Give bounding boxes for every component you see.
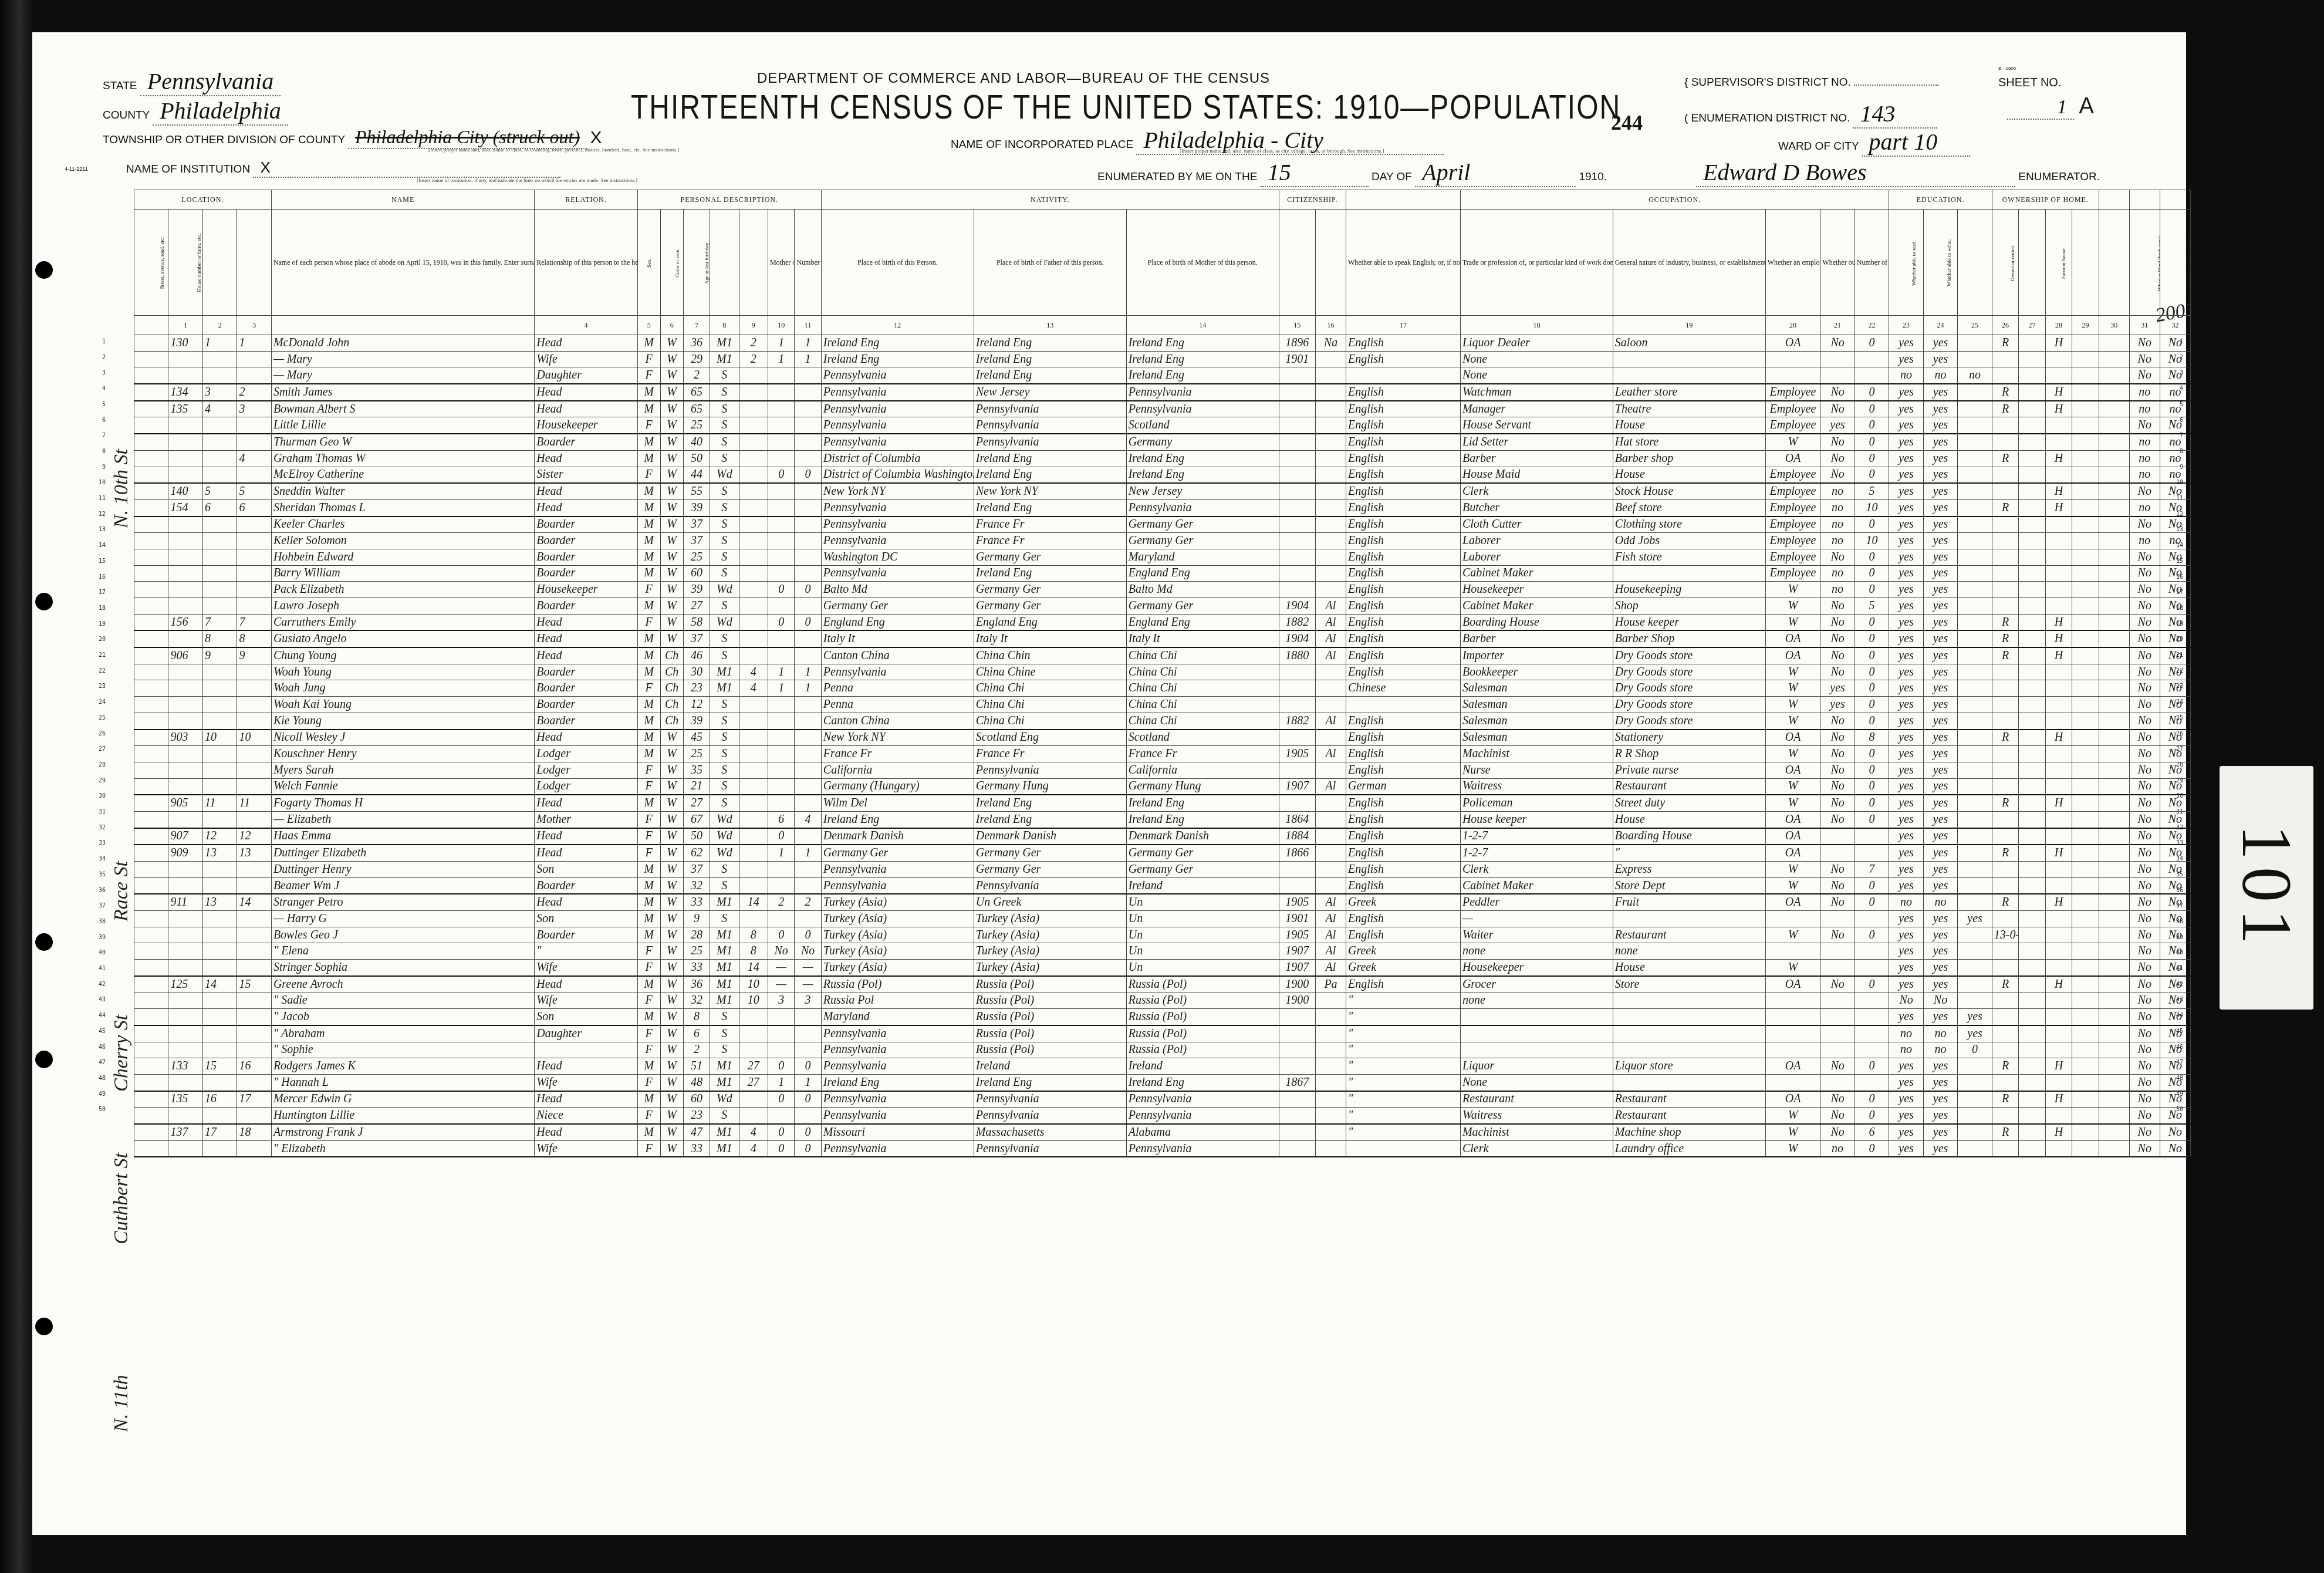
cell-read: yes — [1889, 877, 1923, 894]
cell-sex: F — [637, 467, 660, 483]
margin-line-number: 16 — [88, 574, 106, 580]
line-number — [134, 828, 168, 845]
cell-dwelling — [202, 450, 237, 467]
cell-veteran — [2099, 483, 2129, 499]
enumeration-district-field: ( Enumeration District No. 143 — [1684, 100, 1937, 129]
column-number: 25 — [1958, 316, 1992, 335]
cell-veteran — [2099, 499, 2129, 516]
scan-border — [0, 0, 32, 1573]
cell-immigration — [1279, 450, 1315, 467]
census-row: 14055Sneddin WalterHeadMW55SNew York NYN… — [134, 483, 2191, 499]
cell-name: Thurman Geo W — [271, 434, 534, 450]
cell-write: yes — [1923, 778, 1957, 795]
column-number: 29 — [2072, 316, 2099, 335]
cell-employer: OA — [1765, 811, 1820, 828]
census-row: Pack ElizabethHousekeeperFW39Wd00Balto M… — [134, 582, 2191, 598]
cell-schedule — [2072, 993, 2099, 1009]
column-header: House number or farm, etc. — [168, 210, 202, 316]
cell-trade: Manager — [1460, 401, 1613, 417]
cell-language: English — [1346, 467, 1460, 483]
cell-father-birth: Ireland — [974, 1058, 1126, 1075]
cell-birth: Pennsylvania — [821, 367, 974, 384]
cell-out-of-work: No — [1820, 1108, 1855, 1124]
cell-owned — [1992, 565, 2018, 582]
cell-naturalized: Al — [1316, 598, 1346, 615]
cell-language: English — [1346, 565, 1460, 582]
cell-out-of-work: No — [1820, 549, 1855, 565]
cell-years-married — [739, 582, 768, 598]
cell-farm-house — [2045, 1108, 2072, 1124]
cell-farm-house — [2045, 1042, 2072, 1058]
cell-dwelling — [202, 746, 237, 762]
cell-marital: S — [710, 630, 739, 647]
cell-family — [237, 1025, 271, 1042]
cell-relation: Head — [535, 335, 637, 352]
cell-dwelling: 7 — [202, 614, 237, 630]
cell-sex: M — [637, 630, 660, 647]
census-row: " JacobSonMW8SMarylandRussia (Pol)Russia… — [134, 1009, 2191, 1025]
cell-immigration: 1900 — [1279, 976, 1315, 993]
cell-industry: Express — [1613, 862, 1765, 878]
cell-dwelling: 16 — [202, 1091, 237, 1108]
cell-marital: S — [710, 746, 739, 762]
cell-blind: No — [2129, 598, 2160, 615]
cell-naturalized: Al — [1316, 630, 1346, 647]
cell-mother-birth: Russia (Pol) — [1126, 1042, 1279, 1058]
cell-sex: M — [637, 384, 660, 401]
cell-industry: Liquor store — [1613, 1058, 1765, 1075]
cell-living — [795, 746, 821, 762]
cell-age: 35 — [683, 762, 710, 778]
cell-mortgage — [2019, 746, 2045, 762]
cell-mortgage — [2019, 911, 2045, 927]
cell-house: 137 — [168, 1124, 202, 1140]
cell-out-of-work: No — [1820, 614, 1855, 630]
cell-living — [795, 1009, 821, 1025]
cell-employer: W — [1765, 1140, 1820, 1157]
cell-mother-birth: Un — [1126, 943, 1279, 960]
cell-industry — [1613, 911, 1765, 927]
cell-mother-birth: Germany Ger — [1126, 862, 1279, 878]
cell-immigration: 1905 — [1279, 746, 1315, 762]
cell-write: yes — [1923, 582, 1957, 598]
cell-veteran — [2099, 1025, 2129, 1042]
cell-industry: Shop — [1613, 598, 1765, 615]
census-row: Kie YoungBoarderMCh39SCanton ChinaChina … — [134, 713, 2191, 729]
cell-deaf: no — [2160, 467, 2190, 483]
line-number — [134, 533, 168, 549]
cell-industry: Restaurant — [1613, 1091, 1765, 1108]
cell-birth: Pennsylvania — [821, 1058, 974, 1075]
cell-relation: Lodger — [535, 762, 637, 778]
cell-immigration — [1279, 499, 1315, 516]
census-row: " ElizabethWifeFW33M1400PennsylvaniaPenn… — [134, 1140, 2191, 1157]
cell-dwelling: 17 — [202, 1124, 237, 1140]
cell-living: 0 — [795, 927, 821, 943]
cell-relation: Boarder — [535, 927, 637, 943]
cell-house — [168, 1074, 202, 1091]
cell-mother-birth: Ireland Eng — [1126, 335, 1279, 352]
cell-marital: S — [710, 862, 739, 878]
cell-birth: Pennsylvania — [821, 565, 974, 582]
cell-immigration: 1907 — [1279, 960, 1315, 976]
cell-read: yes — [1889, 467, 1923, 483]
cell-dwelling: 8 — [202, 630, 237, 647]
cell-living — [795, 417, 821, 434]
cell-owned: R — [1992, 795, 2018, 811]
column-number: 9 — [739, 316, 768, 335]
column-group: Ownership of Home. — [1992, 190, 2099, 210]
census-row: 4Graham Thomas WHeadMW50SDistrict of Col… — [134, 450, 2191, 467]
cell-immigration — [1279, 467, 1315, 483]
cell-weeks-out: 0 — [1855, 697, 1889, 713]
cell-school — [1958, 697, 1992, 713]
cell-blind: No — [2129, 811, 2160, 828]
cell-father-birth: Pennsylvania — [974, 1140, 1126, 1157]
cell-language: " — [1346, 1025, 1460, 1042]
cell-language: English — [1346, 630, 1460, 647]
cell-school — [1958, 845, 1992, 861]
cell-born — [768, 911, 794, 927]
cell-naturalized: Al — [1316, 894, 1346, 910]
cell-house — [168, 367, 202, 384]
column-header: Owned free or mortgaged. — [2019, 210, 2045, 316]
cell-race: W — [660, 1025, 683, 1042]
cell-read: yes — [1889, 960, 1923, 976]
cell-language: Greek — [1346, 943, 1460, 960]
column-number: 1 — [168, 316, 202, 335]
cell-industry: Fruit — [1613, 894, 1765, 910]
cell-schedule — [2072, 976, 2099, 993]
cell-industry: " — [1613, 845, 1765, 861]
cell-mortgage — [2019, 351, 2045, 367]
cell-dwelling — [202, 1108, 237, 1124]
cell-trade — [1460, 1009, 1613, 1025]
cell-years-married — [739, 434, 768, 450]
cell-mother-birth: Ireland Eng — [1126, 1074, 1279, 1091]
cell-owned — [1992, 549, 2018, 565]
cell-father-birth: Ireland Eng — [974, 335, 1126, 352]
cell-write: yes — [1923, 927, 1957, 943]
cell-father-birth: Scotland Eng — [974, 730, 1126, 746]
margin-line-number: 33 — [88, 840, 106, 846]
cell-name: Armstrong Frank J — [271, 1124, 534, 1140]
cell-living: 0 — [795, 467, 821, 483]
column-number: 23 — [1889, 316, 1923, 335]
cell-relation: Wife — [535, 1074, 637, 1091]
cell-age: 65 — [683, 401, 710, 417]
cell-trade: Nurse — [1460, 762, 1613, 778]
cell-mortgage — [2019, 1042, 2045, 1058]
cell-house: 130 — [168, 335, 202, 352]
cell-house — [168, 598, 202, 615]
cell-dwelling — [202, 911, 237, 927]
line-number — [134, 434, 168, 450]
line-number — [134, 960, 168, 976]
cell-born — [768, 565, 794, 582]
cell-house: 911 — [168, 894, 202, 910]
cell-family — [237, 680, 271, 697]
cell-birth: Missouri — [821, 1124, 974, 1140]
cell-veteran — [2099, 565, 2129, 582]
cell-language: Greek — [1346, 894, 1460, 910]
cell-age: 33 — [683, 1140, 710, 1157]
cell-trade: Lid Setter — [1460, 434, 1613, 450]
line-number — [134, 1025, 168, 1042]
cell-name: " Elena — [271, 943, 534, 960]
cell-name: — Mary — [271, 367, 534, 384]
sheet-number: 1 A — [2007, 94, 2094, 120]
line-number — [134, 778, 168, 795]
line-number — [134, 1124, 168, 1140]
cell-naturalized — [1316, 499, 1346, 516]
cell-mother-birth: Italy It — [1126, 630, 1279, 647]
cell-employer: W — [1765, 1108, 1820, 1124]
cell-weeks-out — [1855, 1074, 1889, 1091]
cell-blind: No — [2129, 1124, 2160, 1140]
line-number — [134, 713, 168, 729]
cell-years-married — [739, 517, 768, 533]
cell-read: yes — [1889, 565, 1923, 582]
cell-school — [1958, 960, 1992, 976]
cell-deaf: No — [2160, 778, 2190, 795]
cell-language — [1346, 697, 1460, 713]
cell-race: W — [660, 401, 683, 417]
cell-weeks-out: 6 — [1855, 1124, 1889, 1140]
cell-dwelling: 11 — [202, 795, 237, 811]
cell-relation: Head — [535, 614, 637, 630]
cell-owned — [1992, 746, 2018, 762]
cell-veteran — [2099, 828, 2129, 845]
cell-marital: M1 — [710, 1140, 739, 1157]
column-number: 2 — [202, 316, 237, 335]
cell-trade: Housekeeper — [1460, 582, 1613, 598]
cell-farm-house — [2045, 828, 2072, 845]
cell-race: W — [660, 533, 683, 549]
cell-living — [795, 565, 821, 582]
cell-born: 0 — [768, 467, 794, 483]
cell-years-married: 4 — [739, 1124, 768, 1140]
cell-blind: no — [2129, 434, 2160, 450]
cell-house — [168, 1025, 202, 1042]
cell-house: 135 — [168, 401, 202, 417]
cell-industry: Theatre — [1613, 401, 1765, 417]
cell-dwelling — [202, 1042, 237, 1058]
cell-house — [168, 1042, 202, 1058]
cell-years-married — [739, 647, 768, 664]
census-row: Lawro JosephBoarderMW27SGermany GerGerma… — [134, 598, 2191, 615]
township-field: Township or other division of county Phi… — [103, 126, 602, 149]
cell-veteran — [2099, 664, 2129, 680]
cell-born: 1 — [768, 1074, 794, 1091]
cell-schedule — [2072, 795, 2099, 811]
cell-age: 44 — [683, 467, 710, 483]
cell-read: yes — [1889, 828, 1923, 845]
cell-language: English — [1346, 533, 1460, 549]
cell-naturalized: Al — [1316, 960, 1346, 976]
cell-father-birth: Turkey (Asia) — [974, 960, 1126, 976]
census-row: Woah Kai YoungBoarderMCh12SPennaChina Ch… — [134, 697, 2191, 713]
cell-dwelling — [202, 467, 237, 483]
cell-deaf: No — [2160, 483, 2190, 499]
cell-immigration — [1279, 549, 1315, 565]
column-header: Number of farm schedule. — [2072, 210, 2099, 316]
cell-house — [168, 862, 202, 878]
cell-father-birth: New York NY — [974, 483, 1126, 499]
cell-age: 27 — [683, 795, 710, 811]
cell-race: W — [660, 811, 683, 828]
cell-language: German — [1346, 778, 1460, 795]
cell-living: 0 — [795, 1140, 821, 1157]
cell-relation: Lodger — [535, 778, 637, 795]
cell-race: W — [660, 927, 683, 943]
cell-owned: R — [1992, 845, 2018, 861]
cell-veteran — [2099, 795, 2129, 811]
cell-write: yes — [1923, 1108, 1957, 1124]
cell-school — [1958, 1140, 1992, 1157]
cell-farm-house — [2045, 549, 2072, 565]
census-row: 90699Chung YoungHeadMCh46SCanton ChinaCh… — [134, 647, 2191, 664]
cell-blind: No — [2129, 795, 2160, 811]
margin-line-number: 28 — [88, 762, 106, 768]
cell-sex: F — [637, 367, 660, 384]
cell-house — [168, 811, 202, 828]
cell-race: W — [660, 877, 683, 894]
cell-sex: M — [637, 911, 660, 927]
cell-family — [237, 517, 271, 533]
cell-language: English — [1346, 795, 1460, 811]
cell-race: W — [660, 417, 683, 434]
cell-employer: W — [1765, 1124, 1820, 1140]
cell-age: 30 — [683, 664, 710, 680]
cell-owned — [1992, 582, 2018, 598]
cell-relation: Head — [535, 730, 637, 746]
cell-owned — [1992, 1042, 2018, 1058]
cell-race: W — [660, 1009, 683, 1025]
cell-blind: No — [2129, 351, 2160, 367]
cell-immigration — [1279, 877, 1315, 894]
cell-naturalized — [1316, 582, 1346, 598]
cell-blind: No — [2129, 1058, 2160, 1075]
cell-family — [237, 582, 271, 598]
cell-read: yes — [1889, 1009, 1923, 1025]
margin-line-number: 3 — [88, 370, 106, 376]
cell-schedule — [2072, 450, 2099, 467]
cell-trade: None — [1460, 1074, 1613, 1091]
cell-mortgage — [2019, 1140, 2045, 1157]
cell-farm-house — [2045, 417, 2072, 434]
cell-immigration — [1279, 1124, 1315, 1140]
cell-deaf: No — [2160, 565, 2190, 582]
cell-years-married — [739, 483, 768, 499]
cell-birth: Pennsylvania — [821, 533, 974, 549]
cell-owned — [1992, 434, 2018, 450]
cell-mortgage — [2019, 894, 2045, 910]
cell-immigration — [1279, 533, 1315, 549]
cell-mother-birth: Un — [1126, 894, 1279, 910]
cell-industry: House — [1613, 417, 1765, 434]
cell-weeks-out — [1855, 828, 1889, 845]
cell-farm-house — [2045, 598, 2072, 615]
cell-father-birth: Russia (Pol) — [974, 1042, 1126, 1058]
margin-line-number: 21 — [88, 652, 106, 659]
cell-language: English — [1346, 549, 1460, 565]
cell-sex: M — [637, 746, 660, 762]
cell-mother-birth: Maryland — [1126, 549, 1279, 565]
cell-weeks-out: 0 — [1855, 401, 1889, 417]
cell-trade: Restaurant — [1460, 1091, 1613, 1108]
cell-read: yes — [1889, 762, 1923, 778]
cell-deaf: No — [2160, 795, 2190, 811]
cell-naturalized: Pa — [1316, 976, 1346, 993]
page-number: 244 — [1611, 110, 1643, 135]
cell-farm-house — [2045, 943, 2072, 960]
cell-mortgage — [2019, 483, 2045, 499]
cell-weeks-out: 0 — [1855, 614, 1889, 630]
cell-years-married: 2 — [739, 335, 768, 352]
cell-mortgage — [2019, 845, 2045, 861]
cell-owned — [1992, 517, 2018, 533]
cell-birth: Balto Md — [821, 582, 974, 598]
cell-living: 1 — [795, 845, 821, 861]
cell-family: 18 — [237, 1124, 271, 1140]
cell-write: yes — [1923, 1009, 1957, 1025]
cell-deaf: No — [2160, 1009, 2190, 1025]
cell-language: English — [1346, 335, 1460, 352]
cell-industry — [1613, 1042, 1765, 1058]
cell-marital: S — [710, 598, 739, 615]
cell-employer: Employee — [1765, 549, 1820, 565]
cell-naturalized — [1316, 828, 1346, 845]
cell-relation: Head — [535, 1124, 637, 1140]
cell-write: yes — [1923, 384, 1957, 401]
cell-living — [795, 762, 821, 778]
cell-veteran — [2099, 630, 2129, 647]
cell-family — [237, 811, 271, 828]
cell-read: yes — [1889, 862, 1923, 878]
cell-school — [1958, 401, 1992, 417]
cell-read: yes — [1889, 911, 1923, 927]
cell-years-married — [739, 762, 768, 778]
cell-living — [795, 911, 821, 927]
cell-owned — [1992, 533, 2018, 549]
column-number: 11 — [795, 316, 821, 335]
column-header: Whether out of work on April 15, 1910. — [1820, 210, 1855, 316]
cell-house — [168, 351, 202, 367]
cell-dwelling: 13 — [202, 894, 237, 910]
cell-marital: S — [710, 647, 739, 664]
cell-years-married — [739, 1042, 768, 1058]
cell-immigration — [1279, 862, 1315, 878]
cell-father-birth: Pennsylvania — [974, 877, 1126, 894]
cell-immigration — [1279, 1009, 1315, 1025]
cell-father-birth: China Chine — [974, 664, 1126, 680]
cell-read: yes — [1889, 351, 1923, 367]
cell-veteran — [2099, 1009, 2129, 1025]
cell-born: No — [768, 943, 794, 960]
cell-out-of-work: No — [1820, 450, 1855, 467]
cell-age: 27 — [683, 598, 710, 615]
cell-read: yes — [1889, 1074, 1923, 1091]
margin-line-number: 6 — [88, 417, 106, 424]
census-row: 1331516Rodgers James KHeadMW51M12700Penn… — [134, 1058, 2191, 1075]
line-number — [134, 1074, 168, 1091]
cell-age: 28 — [683, 927, 710, 943]
cell-school — [1958, 1058, 1992, 1075]
cell-trade: none — [1460, 943, 1613, 960]
cell-deaf: No — [2160, 614, 2190, 630]
cell-school — [1958, 795, 1992, 811]
